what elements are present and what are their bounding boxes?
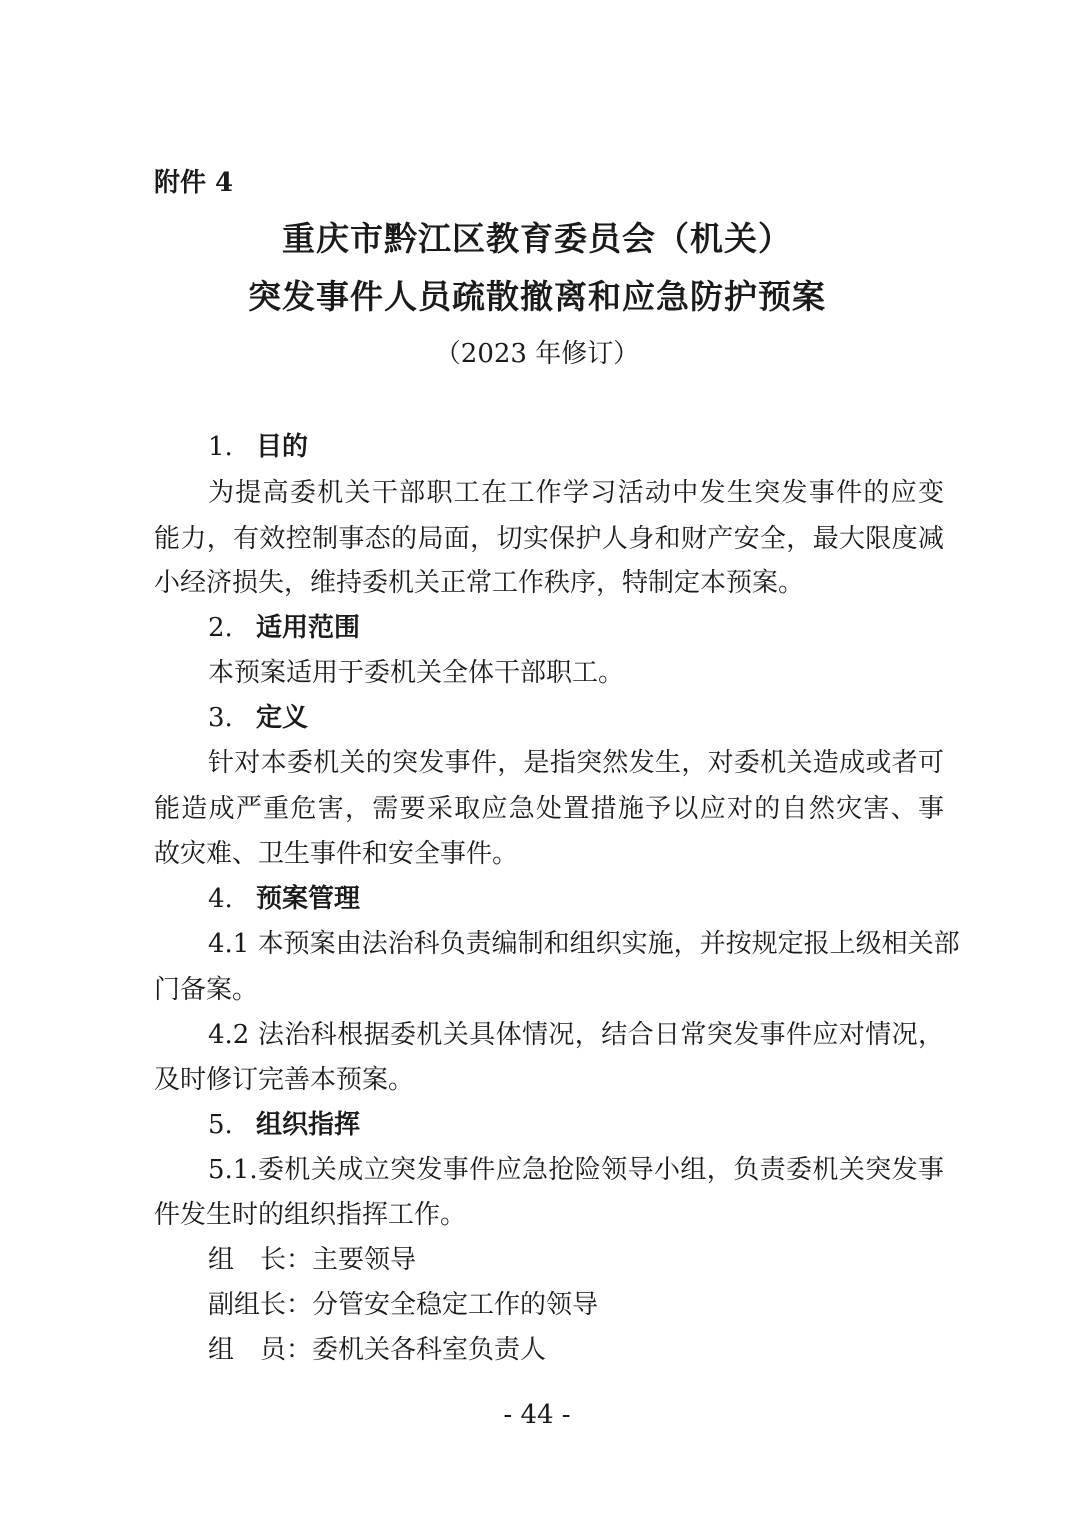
section-title: 组织指挥: [256, 1110, 360, 1140]
paragraph-line: 故灾难、卫生事件和安全事件。: [154, 841, 944, 867]
section-heading-4: 4.预案管理: [208, 886, 360, 912]
section-title: 目的: [256, 432, 308, 462]
section-heading-3: 3.定义: [208, 705, 308, 731]
paragraph-line: 小经济损失，维持委机关正常工作秩序，特制定本预案。: [154, 570, 944, 596]
paragraph-line: 能力，有效控制事态的局面，切实保护人身和财产安全，最大限度减: [154, 526, 944, 552]
paragraph-line: 门备案。: [154, 977, 944, 1003]
paragraph-line: 4.1 本预案由法治科负责编制和组织实施，并按规定报上级相关部: [208, 931, 944, 957]
paragraph-line: 5.1.委机关成立突发事件应急抢险领导小组，负责委机关突发事: [208, 1157, 944, 1183]
section-number: 3.: [208, 705, 256, 731]
attachment-label: 附件 4: [154, 170, 233, 196]
document-title-line-2: 突发事件人员疏散撤离和应急防护预案: [0, 280, 1074, 313]
section-title: 定义: [256, 703, 308, 733]
paragraph-line: 能造成严重危害，需要采取应急处置措施予以应对的自然灾害、事: [154, 796, 944, 822]
team-leader-line: 组 长：主要领导: [208, 1247, 944, 1273]
section-number: 5.: [208, 1112, 256, 1138]
section-title: 预案管理: [256, 884, 360, 914]
section-heading-5: 5.组织指挥: [208, 1112, 360, 1138]
paragraph-line: 为提高委机关干部职工在工作学习活动中发生突发事件的应变: [208, 480, 944, 506]
section-title: 适用范围: [256, 613, 360, 643]
paragraph-line: 及时修订完善本预案。: [154, 1067, 944, 1093]
document-title-line-1: 重庆市黔江区教育委员会（机关）: [0, 222, 1074, 255]
section-number: 4.: [208, 886, 256, 912]
team-members-line: 组 员：委机关各科室负责人: [208, 1337, 944, 1363]
document-subtitle: （2023 年修订）: [0, 341, 1074, 367]
page-number: - 44 -: [0, 1402, 1074, 1428]
paragraph-line: 针对本委机关的突发事件，是指突然发生，对委机关造成或者可: [208, 750, 944, 776]
paragraph-line: 件发生时的组织指挥工作。: [154, 1202, 944, 1228]
section-number: 2.: [208, 615, 256, 641]
deputy-leader-line: 副组长：分管安全稳定工作的领导: [208, 1292, 944, 1318]
paragraph-line: 4.2 法治科根据委机关具体情况，结合日常突发事件应对情况，: [208, 1022, 944, 1048]
paragraph-line: 本预案适用于委机关全体干部职工。: [208, 660, 944, 686]
section-heading-1: 1.目的: [208, 434, 308, 460]
section-heading-2: 2.适用范围: [208, 615, 360, 641]
section-number: 1.: [208, 434, 256, 460]
